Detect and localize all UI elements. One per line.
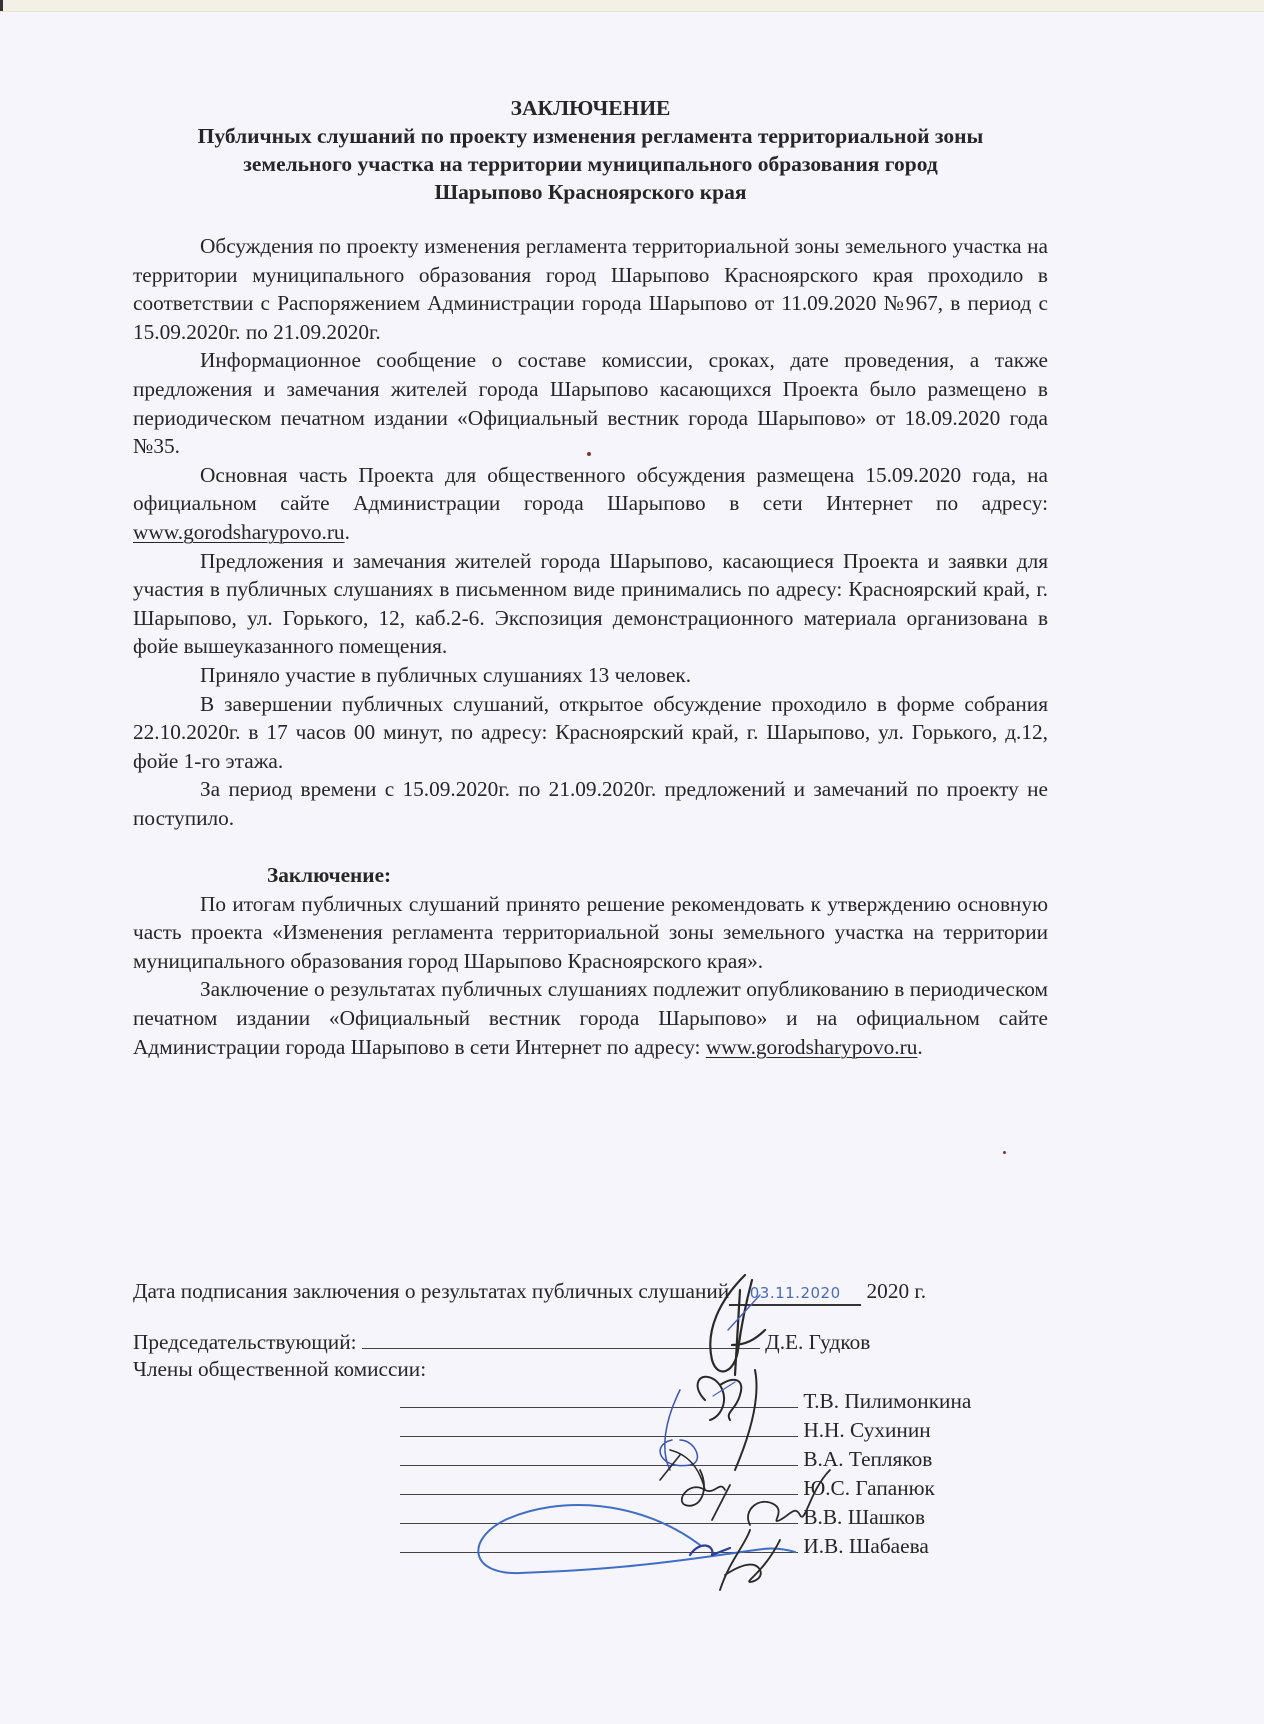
- paragraph-submissions: Предложения и замечания жителей города Ш…: [133, 547, 1048, 661]
- member-signature-line: Т.В. Пилимонкина: [400, 1387, 1200, 1415]
- document-body: Обсуждения по проекту изменения регламен…: [133, 232, 1048, 1061]
- signing-date-suffix: 2020 г.: [867, 1279, 927, 1303]
- document-subtitle-line: земельного участка на территории муницип…: [133, 150, 1048, 178]
- member-name: Ю.С. Гапанюк: [803, 1476, 935, 1500]
- paragraph-decision: По итогам публичных слушаний принято реш…: [133, 890, 1048, 976]
- member-signature-line: Ю.С. Гапанюк: [400, 1474, 1200, 1502]
- paragraph-participants: Приняло участие в публичных слушаниях 13…: [133, 661, 1048, 690]
- paragraph-text: .: [345, 520, 350, 544]
- chair-name: Д.Е. Гудков: [765, 1330, 870, 1354]
- paragraph-no-proposals: За период времени с 15.09.2020г. по 21.0…: [133, 775, 1048, 832]
- paragraph-publish-conclusion: Заключение о результатах публичных слуша…: [133, 975, 1048, 1061]
- member-name: Т.В. Пилимонкина: [803, 1389, 971, 1413]
- website-link[interactable]: www.gorodsharypovo.ru: [706, 1035, 918, 1059]
- member-signature-line: Н.Н. Сухинин: [400, 1416, 1200, 1444]
- members-label: Члены общественной комиссии:: [133, 1355, 1133, 1383]
- paragraph-procedure: Обсуждения по проекту изменения регламен…: [133, 232, 1048, 346]
- member-signature-blank: [400, 1474, 798, 1495]
- signing-date-handwritten: 03.11.2020: [729, 1282, 861, 1306]
- paragraph-meeting: В завершении публичных слушаний, открыто…: [133, 690, 1048, 776]
- member-signature-line: В.В. Шашков: [400, 1503, 1200, 1531]
- member-name: И.В. Шабаева: [803, 1534, 928, 1558]
- conclusion-heading: Заключение:: [133, 861, 1048, 890]
- signing-date-label: Дата подписания заключения о результатах…: [133, 1279, 729, 1303]
- member-signature-blank: [400, 1416, 798, 1437]
- member-name: В.В. Шашков: [803, 1505, 925, 1529]
- chair-signature-line: Председательствующий: Д.Е. Гудков: [133, 1328, 1133, 1356]
- paragraph-text: .: [917, 1035, 922, 1059]
- document-title: ЗАКЛЮЧЕНИЕ: [133, 94, 1048, 122]
- paragraph-info-notice: Информационное сообщение о составе комис…: [133, 346, 1048, 460]
- document-subtitle-line: Шарыпово Красноярского края: [133, 178, 1048, 206]
- website-link[interactable]: www.gorodsharypovo.ru: [133, 520, 345, 544]
- chair-signature-blank: [362, 1328, 760, 1349]
- scan-top-edge: [0, 0, 1264, 12]
- spacer: [133, 832, 1048, 861]
- member-signature-line: И.В. Шабаева: [400, 1532, 1200, 1560]
- signing-date-line: Дата подписания заключения о результатах…: [133, 1277, 1133, 1306]
- member-signature-blank: [400, 1532, 798, 1553]
- chair-label: Председательствующий:: [133, 1330, 357, 1354]
- scan-artifact-speck: [587, 452, 591, 456]
- paragraph-text: Основная часть Проекта для общественного…: [133, 463, 1048, 516]
- member-name: В.А. Тепляков: [803, 1447, 932, 1471]
- document-subtitle-line: Публичных слушаний по проекту изменения …: [133, 122, 1048, 150]
- member-signature-blank: [400, 1387, 798, 1408]
- paragraph-publication: Основная часть Проекта для общественного…: [133, 461, 1048, 547]
- member-signature-blank: [400, 1503, 798, 1524]
- scan-left-edge-mark: [0, 0, 3, 11]
- document-header: ЗАКЛЮЧЕНИЕ Публичных слушаний по проекту…: [133, 94, 1048, 206]
- member-name: Н.Н. Сухинин: [803, 1418, 930, 1442]
- scan-artifact-speck: [1003, 1151, 1006, 1154]
- member-signature-line: В.А. Тепляков: [400, 1445, 1200, 1473]
- member-signature-blank: [400, 1445, 798, 1466]
